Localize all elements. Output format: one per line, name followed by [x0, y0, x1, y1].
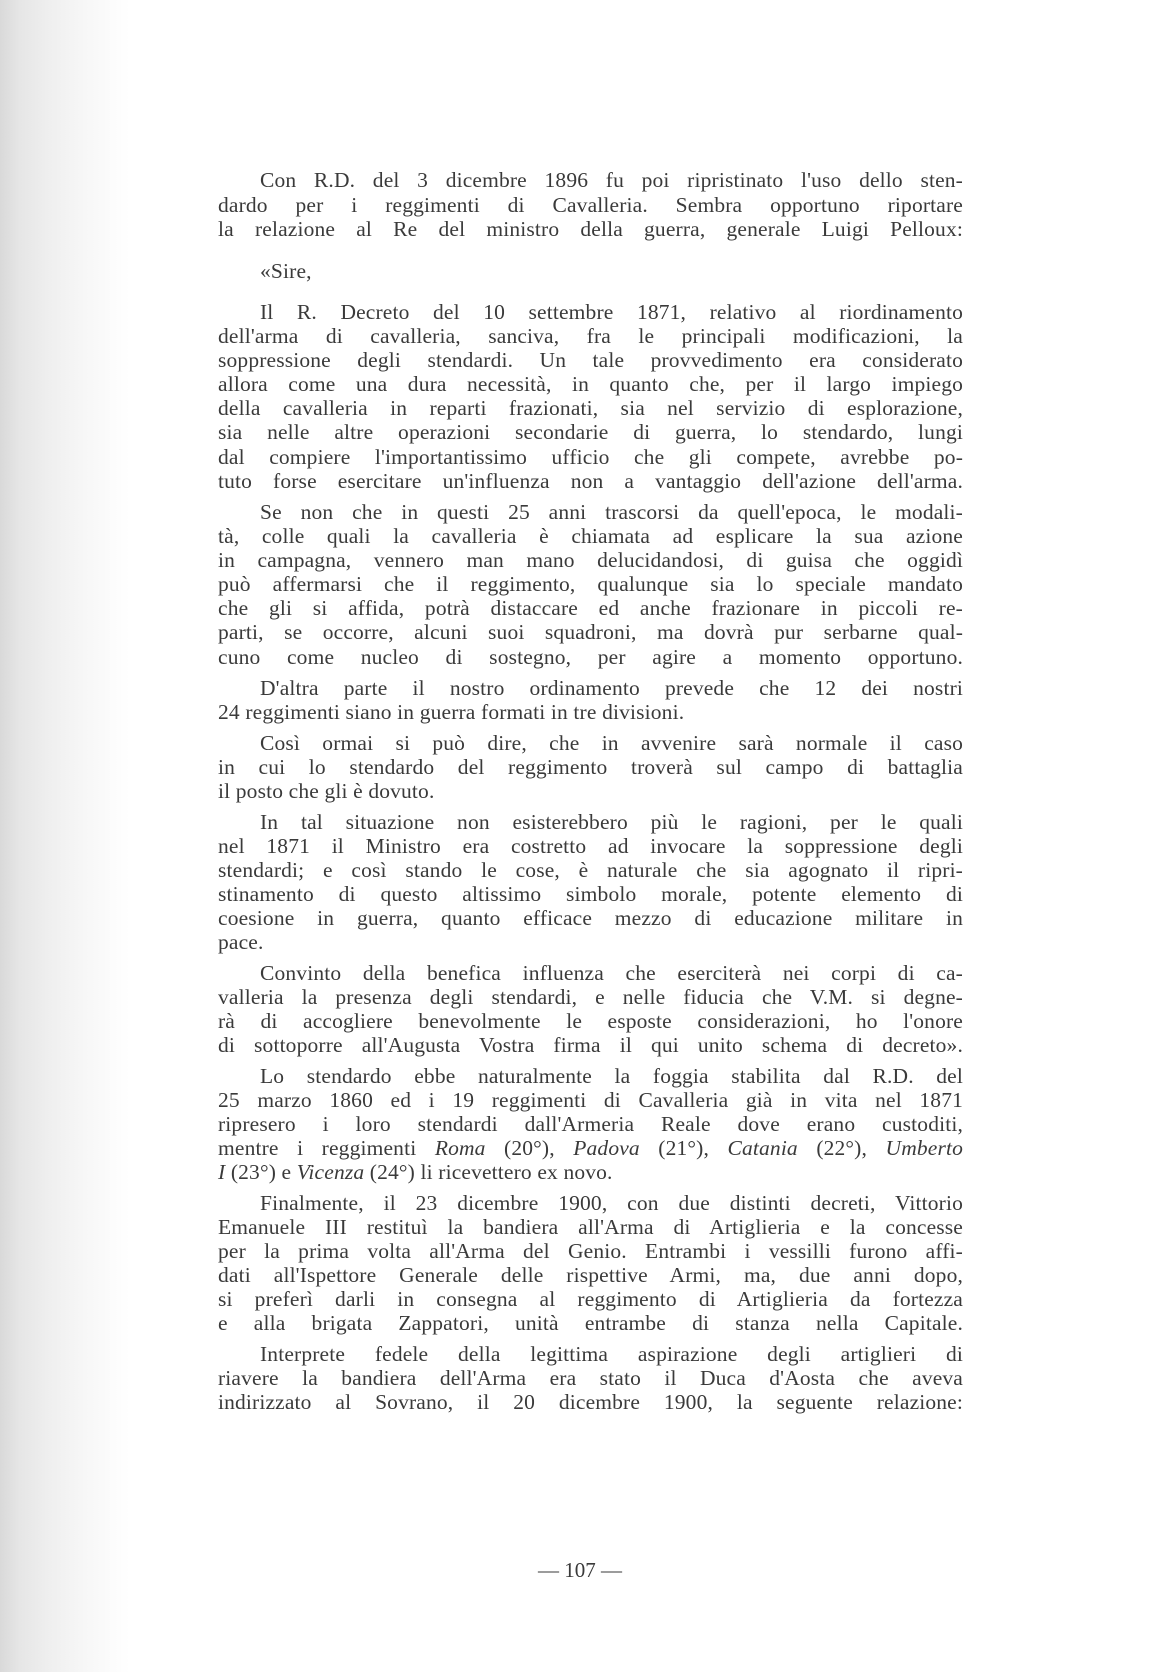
text-line: che gli si affida, potrà distaccare ed a… [218, 596, 963, 620]
text-line: Interprete fedele della legittima aspira… [260, 1342, 963, 1366]
text-line: ripresero i loro stendardi dall'Armeria … [218, 1112, 963, 1136]
text-line: In tal situazione non esisterebbero più … [260, 810, 963, 834]
text-segment: (21°), [640, 1136, 728, 1160]
text-line: pace. [218, 930, 963, 954]
text-segment: (24°) li ricevettero ex novo. [364, 1160, 612, 1184]
text-line: parti, se occorre, alcuni suoi squadroni… [218, 620, 963, 644]
text-line: della cavalleria in reparti frazionati, … [218, 396, 963, 420]
text-line: in campagna, vennero man mano delucidand… [218, 548, 963, 572]
text-line: di sottoporre all'Augusta Vostra firma i… [218, 1033, 963, 1057]
text-line: nel 1871 il Ministro era costretto ad in… [218, 834, 963, 858]
text-line: sia nelle altre operazioni secondarie di… [218, 420, 963, 444]
text-line: I (23°) e Vicenza (24°) li ricevettero e… [218, 1160, 963, 1184]
text-line: Se non che in questi 25 anni trascorsi d… [260, 500, 963, 524]
text-line: dardo per i reggimenti di Cavalleria. Se… [218, 193, 963, 217]
text-line: Il R. Decreto del 10 settembre 1871, rel… [260, 300, 963, 324]
text-line: il posto che gli è dovuto. [218, 779, 963, 803]
regiment-name: Roma [435, 1136, 486, 1160]
text-line: stinamento di questo altissimo simbolo m… [218, 882, 963, 906]
text-segment: (23°) e [225, 1160, 296, 1184]
text-line: riavere la bandiera dell'Arma era stato … [218, 1366, 963, 1390]
text-line: si preferì darli in consegna al reggimen… [218, 1287, 963, 1311]
text-line: Lo stendardo ebbe naturalmente la foggia… [260, 1064, 963, 1088]
text-line: Finalmente, il 23 dicembre 1900, con due… [260, 1191, 963, 1215]
text-line: valleria la presenza degli stendardi, e … [218, 985, 963, 1009]
text-line: Così ormai si può dire, che in avvenire … [260, 731, 963, 755]
text-line: D'altra parte il nostro ordinamento prev… [260, 676, 963, 700]
text-line: tà, colle quali la cavalleria è chiamata… [218, 524, 963, 548]
regiment-name: Padova [573, 1136, 640, 1160]
text-line: Con R.D. del 3 dicembre 1896 fu poi ripr… [260, 168, 963, 192]
text-line: stendardi; e così stando le cose, è natu… [218, 858, 963, 882]
text-line: per la prima volta all'Arma del Genio. E… [218, 1239, 963, 1263]
text-segment: (20°), [486, 1136, 574, 1160]
page-number-text: — 107 — [538, 1558, 622, 1582]
text-line: tuto forse esercitare un'influenza non a… [218, 469, 963, 493]
text-line: allora come una dura necessità, in quant… [218, 372, 963, 396]
text-line: cuno come nucleo di sostegno, per agire … [218, 645, 963, 669]
text-line: Emanuele III restituì la bandiera all'Ar… [218, 1215, 963, 1239]
salutation: «Sire, [260, 259, 312, 283]
text-line: coesione in guerra, quanto efficace mezz… [218, 906, 963, 930]
text-line: in cui lo stendardo del reggimento trove… [218, 755, 963, 779]
text-segment: (22°), [798, 1136, 886, 1160]
text-line: dal compiere l'importantissimo ufficio c… [218, 445, 963, 469]
text-line: 25 marzo 1860 ed i 19 reggimenti di Cava… [218, 1088, 963, 1112]
regiment-name: Catania [728, 1136, 798, 1160]
text-line: indirizzato al Sovrano, il 20 dicembre 1… [218, 1390, 963, 1414]
text-line: 24 reggimenti siano in guerra formati in… [218, 700, 963, 724]
text-line: può affermarsi che il reggimento, qualun… [218, 572, 963, 596]
regiment-name: Vicenza [297, 1160, 365, 1184]
page-number: — 107 — [0, 1558, 1166, 1582]
document-page: Con R.D. del 3 dicembre 1896 fu poi ripr… [0, 0, 1166, 1672]
text-line: mentre i reggimenti Roma (20°), Padova (… [218, 1136, 963, 1160]
text-line: dell'arma di cavalleria, sanciva, fra le… [218, 324, 963, 348]
text-line: soppressione degli stendardi. Un tale pr… [218, 348, 963, 372]
text-line: la relazione al Re del ministro della gu… [218, 217, 963, 241]
text-line: dati all'Ispettore Generale delle rispet… [218, 1263, 963, 1287]
text-line: rà di accogliere benevolmente le esposte… [218, 1009, 963, 1033]
text-segment: mentre i reggimenti [218, 1136, 435, 1160]
regiment-name: Umberto [886, 1136, 964, 1160]
text-line: e alla brigata Zappatori, unità entrambe… [218, 1311, 963, 1335]
text-line: Convinto della benefica influenza che es… [260, 961, 963, 985]
